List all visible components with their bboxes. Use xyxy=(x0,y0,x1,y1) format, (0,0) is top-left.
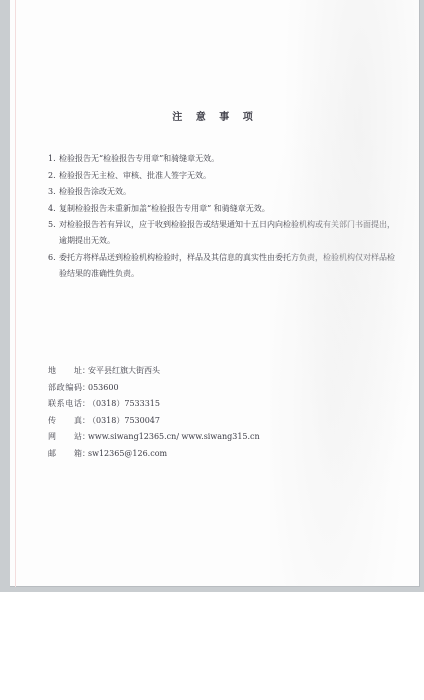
label-char: 部 xyxy=(48,380,56,397)
contact-fax: 传 真 ： （0318）7530047 xyxy=(48,413,348,430)
note-text: 检验报告无主检、审核、批准人签字无效。 xyxy=(59,168,398,184)
label-char: 站 xyxy=(74,429,82,446)
page-title: 注 意 事 项 xyxy=(10,108,420,123)
fax-value: （0318）7530047 xyxy=(88,413,160,430)
contact-email: 邮 箱 ： sw12365@126.com xyxy=(48,446,348,463)
note-number: 1. xyxy=(48,151,58,167)
note-text: 检验报告涂改无效。 xyxy=(59,184,398,200)
document-page: 注 意 事 项 1. 检验报告无“检验报告专用章”和骑缝章无效。 2. 检验报告… xyxy=(10,0,420,587)
label-char: 址 xyxy=(74,363,82,380)
scan-frame: 注 意 事 项 1. 检验报告无“检验报告专用章”和骑缝章无效。 2. 检验报告… xyxy=(0,0,424,592)
contact-label: 联 系 电 话 xyxy=(48,396,82,413)
contact-phone: 联 系 电 话 ： （0318）7533315 xyxy=(48,396,348,413)
note-number: 5. xyxy=(48,217,58,233)
notes-list: 1. 检验报告无“检验报告专用章”和骑缝章无效。 2. 检验报告无主检、审核、批… xyxy=(48,151,398,282)
label-char: 真 xyxy=(74,413,82,430)
label-char: 地 xyxy=(48,363,56,380)
note-text: 检验报告无“检验报告专用章”和骑缝章无效。 xyxy=(59,151,398,167)
postcode-value: 053600 xyxy=(88,380,119,397)
note-number: 4. xyxy=(48,201,58,217)
note-item: 4. 复制检验报告未重新加盖“检验报告专用章” 和骑缝章无效。 xyxy=(48,201,398,217)
contact-postcode: 部 政 编 码 ： 053600 xyxy=(48,380,348,397)
label-char: 政 xyxy=(57,380,65,397)
label-char: 系 xyxy=(57,396,65,413)
note-item: 2. 检验报告无主检、审核、批准人签字无效。 xyxy=(48,168,398,184)
label-char: 电 xyxy=(65,396,73,413)
label-char: 箱 xyxy=(74,446,82,463)
contact-label: 传 真 xyxy=(48,413,82,430)
contact-label: 部 政 编 码 xyxy=(48,380,82,397)
contact-info: 地 址 ： 安平县红旗大街西头 部 政 编 码 ： 053600 联 xyxy=(48,363,348,462)
note-text: 对检验报告若有异议，应于收到检验报告或结果通知十五日内向检验机构或有关部门书面提… xyxy=(59,217,398,249)
label-char: 话 xyxy=(74,396,82,413)
note-item: 5. 对检验报告若有异议，应于收到检验报告或结果通知十五日内向检验机构或有关部门… xyxy=(48,217,398,249)
note-number: 3. xyxy=(48,184,58,200)
label-char: 网 xyxy=(48,429,56,446)
note-item: 6. 委托方将样品送到检验机构检验时，样品及其信息的真实性由委托方负责，检验机构… xyxy=(48,250,398,282)
note-item: 3. 检验报告涂改无效。 xyxy=(48,184,398,200)
note-text: 复制检验报告未重新加盖“检验报告专用章” 和骑缝章无效。 xyxy=(59,201,398,217)
label-char: 码 xyxy=(74,380,82,397)
contact-address: 地 址 ： 安平县红旗大街西头 xyxy=(48,363,348,380)
phone-value: （0318）7533315 xyxy=(88,396,160,413)
label-char: 邮 xyxy=(48,446,56,463)
address-value: 安平县红旗大街西头 xyxy=(88,363,160,380)
email-value: sw12365@126.com xyxy=(88,446,167,463)
label-char: 编 xyxy=(65,380,73,397)
label-char: 传 xyxy=(48,413,56,430)
contact-label: 网 站 xyxy=(48,429,82,446)
contact-website: 网 站 ： www.siwang12365.cn/ www.siwang315.… xyxy=(48,429,348,446)
contact-label: 地 址 xyxy=(48,363,82,380)
note-item: 1. 检验报告无“检验报告专用章”和骑缝章无效。 xyxy=(48,151,398,167)
note-text: 委托方将样品送到检验机构检验时，样品及其信息的真实性由委托方负责，检验机构仅对样… xyxy=(59,250,398,282)
note-number: 2. xyxy=(48,168,58,184)
contact-label: 邮 箱 xyxy=(48,446,82,463)
note-number: 6. xyxy=(48,250,58,266)
website-value: www.siwang12365.cn/ www.siwang315.cn xyxy=(88,429,260,446)
label-char: 联 xyxy=(48,396,56,413)
